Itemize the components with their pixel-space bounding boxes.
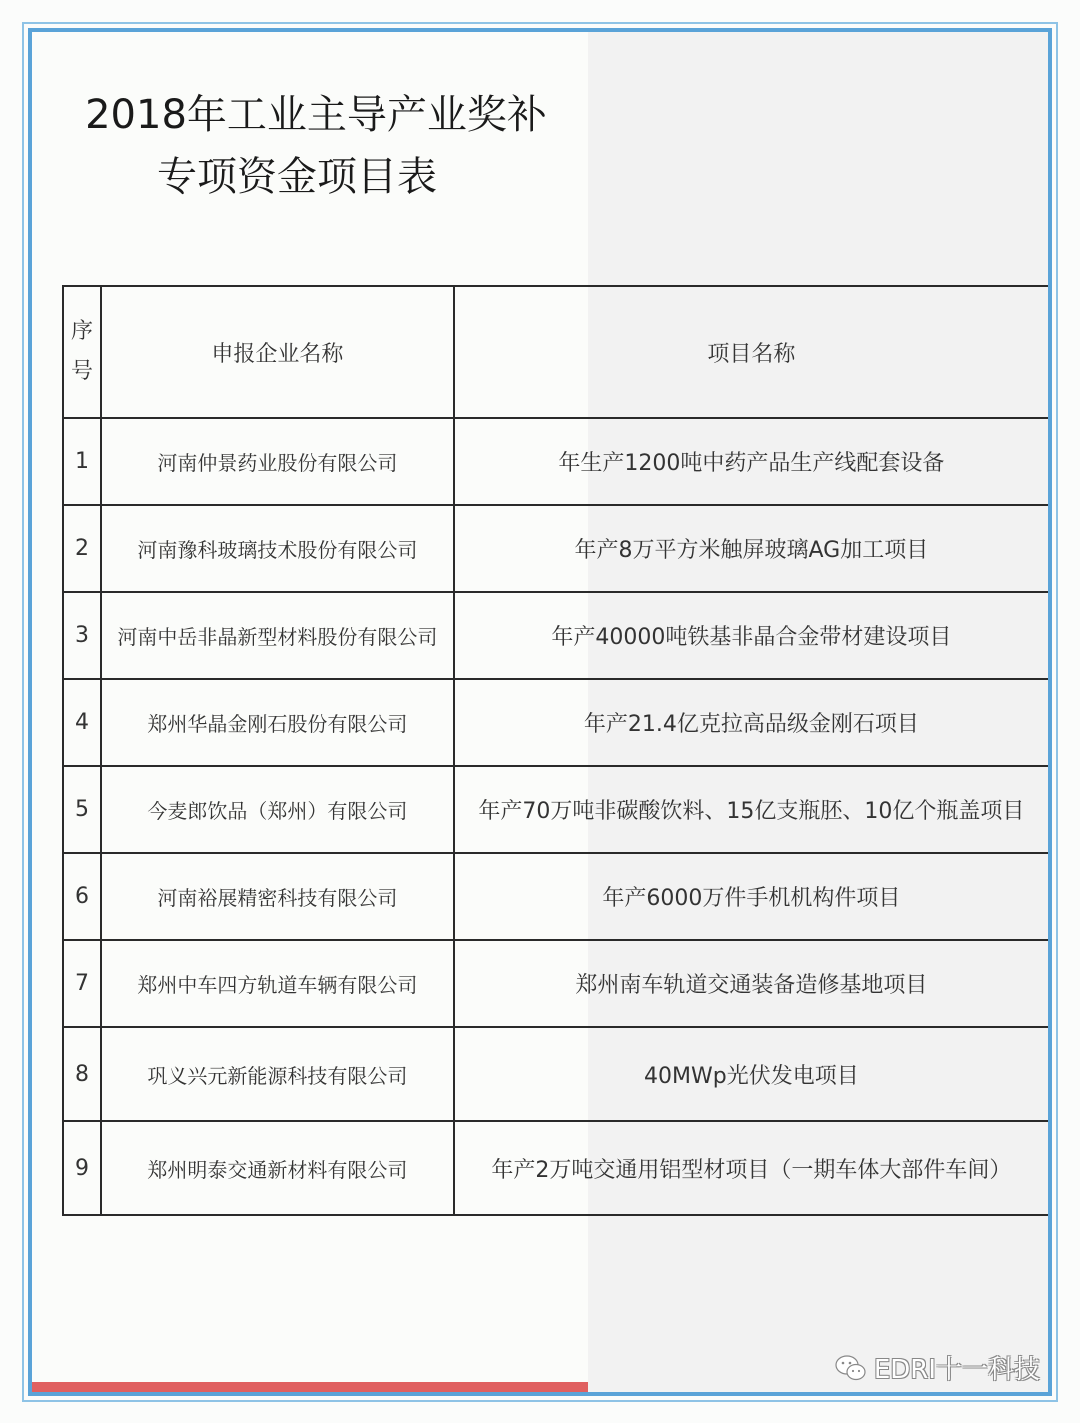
document-title: 2018年工业主导产业奖补 专项资金项目表 [32, 84, 592, 208]
row-project: 年产2万吨交通用铝型材项目（一期车体大部件车间） [454, 1121, 1049, 1215]
row-company: 郑州华晶金刚石股份有限公司 [101, 679, 454, 766]
row-index: 9 [63, 1121, 101, 1215]
table-row: 1 河南仲景药业股份有限公司 年生产1200吨中药产品生产线配套设备 [63, 418, 1049, 505]
row-index: 3 [63, 592, 101, 679]
row-index: 8 [63, 1027, 101, 1121]
row-project: 年产40000吨铁基非晶合金带材建设项目 [454, 592, 1049, 679]
row-company: 河南豫科玻璃技术股份有限公司 [101, 505, 454, 592]
row-index: 7 [63, 940, 101, 1027]
header-company: 申报企业名称 [101, 286, 454, 418]
row-project: 年生产1200吨中药产品生产线配套设备 [454, 418, 1049, 505]
row-index: 5 [63, 766, 101, 853]
row-index: 2 [63, 505, 101, 592]
document-frame: 2018年工业主导产业奖补 专项资金项目表 序 号 申报企业名称 项目名称 1 … [28, 28, 1052, 1396]
table-row: 5 今麦郎饮品（郑州）有限公司 年产70万吨非碳酸饮料、15亿支瓶胚、10亿个瓶… [63, 766, 1049, 853]
row-company: 河南裕展精密科技有限公司 [101, 853, 454, 940]
watermark-text: EDRI十一科技 [874, 1349, 1040, 1386]
table-row: 3 河南中岳非晶新型材料股份有限公司 年产40000吨铁基非晶合金带材建设项目 [63, 592, 1049, 679]
row-project: 年产8万平方米触屏玻璃AG加工项目 [454, 505, 1049, 592]
row-index: 6 [63, 853, 101, 940]
title-line-1: 2018年工业主导产业奖补 [32, 84, 592, 146]
header-index: 序 号 [63, 286, 101, 418]
header-index-line1: 序 [64, 312, 100, 352]
table-row: 6 河南裕展精密科技有限公司 年产6000万件手机机构件项目 [63, 853, 1049, 940]
row-index: 1 [63, 418, 101, 505]
row-project: 40MWp光伏发电项目 [454, 1027, 1049, 1121]
wechat-icon [834, 1353, 868, 1383]
row-company: 郑州明泰交通新材料有限公司 [101, 1121, 454, 1215]
watermark: EDRI十一科技 [834, 1349, 1040, 1386]
row-project: 年产21.4亿克拉高品级金刚石项目 [454, 679, 1049, 766]
table-row: 7 郑州中车四方轨道车辆有限公司 郑州南车轨道交通装备造修基地项目 [63, 940, 1049, 1027]
project-table: 序 号 申报企业名称 项目名称 1 河南仲景药业股份有限公司 年生产1200吨中… [62, 285, 1050, 1216]
row-project: 年产6000万件手机机构件项目 [454, 853, 1049, 940]
table-row: 9 郑州明泰交通新材料有限公司 年产2万吨交通用铝型材项目（一期车体大部件车间） [63, 1121, 1049, 1215]
row-company: 河南中岳非晶新型材料股份有限公司 [101, 592, 454, 679]
table-row: 4 郑州华晶金刚石股份有限公司 年产21.4亿克拉高品级金刚石项目 [63, 679, 1049, 766]
header-project: 项目名称 [454, 286, 1049, 418]
row-project: 年产70万吨非碳酸饮料、15亿支瓶胚、10亿个瓶盖项目 [454, 766, 1049, 853]
row-index: 4 [63, 679, 101, 766]
row-company: 巩义兴元新能源科技有限公司 [101, 1027, 454, 1121]
table-row: 8 巩义兴元新能源科技有限公司 40MWp光伏发电项目 [63, 1027, 1049, 1121]
table-header-row: 序 号 申报企业名称 项目名称 [63, 286, 1049, 418]
row-project: 郑州南车轨道交通装备造修基地项目 [454, 940, 1049, 1027]
table-row: 2 河南豫科玻璃技术股份有限公司 年产8万平方米触屏玻璃AG加工项目 [63, 505, 1049, 592]
row-company: 河南仲景药业股份有限公司 [101, 418, 454, 505]
header-index-line2: 号 [64, 352, 100, 392]
row-company: 今麦郎饮品（郑州）有限公司 [101, 766, 454, 853]
row-company: 郑州中车四方轨道车辆有限公司 [101, 940, 454, 1027]
title-line-2: 专项资金项目表 [28, 146, 592, 208]
accent-bar [32, 1382, 588, 1392]
